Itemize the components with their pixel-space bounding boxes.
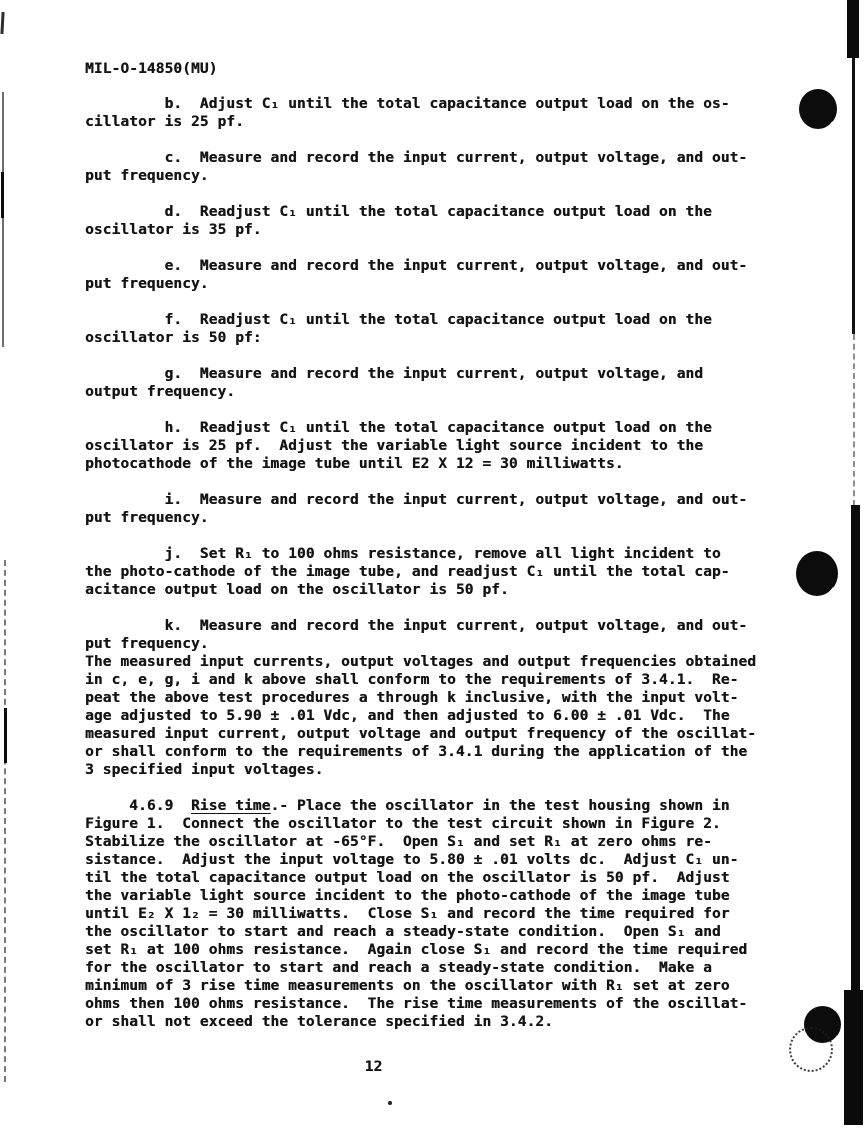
right-edge-bar-middle	[851, 505, 860, 990]
left-edge-scan-line-dark-patch	[1, 172, 4, 218]
paragraph-e: e. Measure and record the input current,…	[85, 257, 780, 293]
right-edge-bar-bottom	[844, 990, 863, 1125]
paragraph-h: h. Readjust C₁ until the total capacitan…	[85, 419, 780, 473]
left-edge-scan-line-dark-patch-lower	[4, 708, 7, 763]
scanned-spec-page: { "page": { "header": "MIL-O-14850(MU)",…	[0, 0, 867, 1133]
left-edge-scan-line	[2, 92, 4, 347]
paragraph-b: b. Adjust C₁ until the total capacitance…	[85, 95, 780, 131]
punch-hole-ghost-ring	[789, 1027, 833, 1072]
punch-hole-mark-middle	[796, 551, 838, 596]
paragraph-c: c. Measure and record the input current,…	[85, 149, 780, 185]
paragraph-d: d. Readjust C₁ until the total capacitan…	[85, 203, 780, 239]
paragraph-i: i. Measure and record the input current,…	[85, 491, 780, 527]
doc-id-header: MIL-O-14850(MU)	[85, 60, 780, 78]
right-edge-bar-top	[847, 0, 859, 58]
paragraph-f: f. Readjust C₁ until the total capacitan…	[85, 311, 780, 347]
paragraph-j: j. Set R₁ to 100 ohms resistance, remove…	[85, 545, 780, 599]
ink-speck	[388, 1101, 392, 1105]
paragraph-g: g. Measure and record the input current,…	[85, 365, 780, 401]
right-edge-line-faint	[853, 334, 855, 506]
section-body: .- Place the oscillator in the test hous…	[85, 798, 747, 1030]
left-edge-tick-mark	[0, 12, 4, 34]
page-number: 12	[85, 1058, 780, 1076]
section-4-6-9-rise-time: 4.6.9 Rise time.- Place the oscillator i…	[85, 797, 780, 1031]
section-title: Rise time	[191, 798, 270, 814]
left-edge-scan-line-dashed	[4, 560, 6, 1082]
punch-hole-mark-top	[799, 89, 837, 129]
paragraph-k-and-requirements: k. Measure and record the input current,…	[85, 617, 780, 779]
right-edge-line-upper	[852, 58, 855, 334]
page-body: MIL-O-14850(MU) b. Adjust C₁ until the t…	[85, 60, 780, 1076]
section-number: 4.6.9	[85, 798, 191, 814]
